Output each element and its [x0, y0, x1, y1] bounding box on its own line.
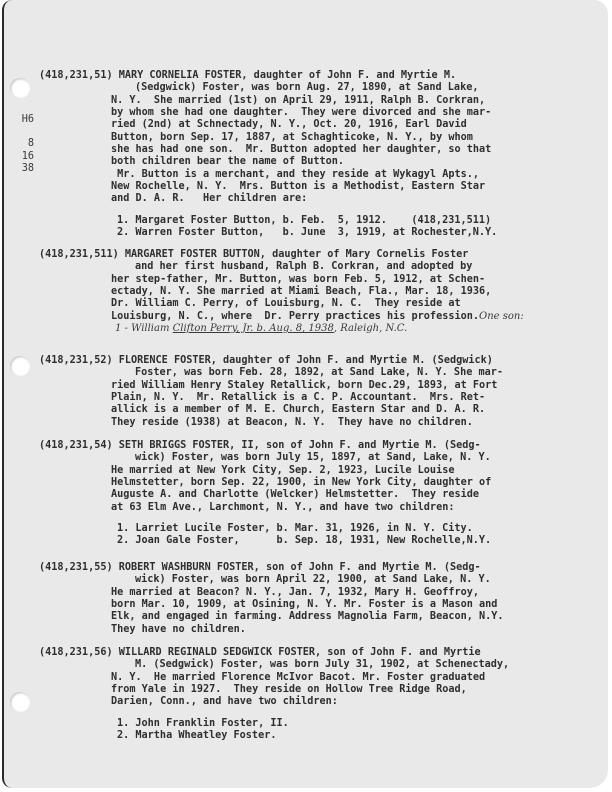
entry-first-line: (418,231,54) SETH BRIGGS FOSTER, II, son… — [39, 440, 599, 452]
margin-notes: H6 8 16 38 — [8, 114, 34, 176]
entry-text: FLORENCE FOSTER, daughter of John F. and… — [119, 355, 493, 366]
margin-note: 8 — [8, 138, 34, 150]
entry-first-line: (418,231,56) WILLARD REGINALD SEDGWICK F… — [39, 647, 599, 659]
entry-text: wick) Foster, was born July 15, 1897, at… — [39, 452, 599, 464]
document-page: H6 8 16 38 (418,231,51) MARY CORNELIA FO… — [2, 0, 608, 788]
entry-text: M. (Sedgwick) Foster, was born July 31, … — [39, 659, 599, 671]
child-item: 1. Larriet Lucile Foster, b. Mar. 31, 19… — [39, 523, 599, 535]
entry-text: Mr. Button is a merchant, and they resid… — [39, 169, 599, 181]
genealogy-entry: (418,231,56) WILLARD REGINALD SEDGWICK F… — [39, 647, 599, 742]
entry-first-line: (418,231,511) MARGARET FOSTER BUTTON, da… — [39, 249, 599, 261]
entry-text: Foster, was born Feb. 28, 1892, at Sand … — [39, 367, 599, 379]
entry-id: (418,231,51) — [39, 70, 113, 81]
handwritten-annotation: One son: — [479, 311, 524, 322]
entry-id: (418,231,54) — [39, 440, 113, 451]
entry-text: N. Y. She married (1st) on April 29, 191… — [39, 95, 599, 107]
entry-text: ROBERT WASHBURN FOSTER, son of John F. a… — [119, 562, 481, 573]
margin-note: H6 — [8, 114, 34, 126]
child-item: 2. Joan Gale Foster, b. Sep. 18, 1931, N… — [39, 535, 599, 547]
genealogy-entry: (418,231,54) SETH BRIGGS FOSTER, II, son… — [39, 440, 599, 548]
entry-id: (418,231,55) — [39, 562, 113, 573]
entry-id: (418,231,511) — [39, 249, 119, 260]
child-item: 2. Warren Foster Button, b. June 3, 1919… — [39, 227, 599, 239]
entry-text: They reside (1938) at Beacon, N. Y. They… — [39, 417, 599, 429]
child-item: 2. Martha Wheatley Foster. — [39, 730, 599, 742]
entry-text-last: Louisburg, N. C., where Dr. Perry practi… — [39, 311, 599, 323]
entry-text: and her first husband, Ralph B. Corkran,… — [39, 261, 599, 273]
entry-text: ried William Henry Staley Retallick, bor… — [39, 380, 599, 392]
children-list: 1. John Franklin Foster, II. 2. Martha W… — [39, 718, 599, 743]
entry-text: Darien, Conn., and have two children: — [39, 696, 599, 708]
entry-text: her step-father, Mr. Button, was born Fe… — [39, 274, 599, 286]
entry-text: allick is a member of M. E. Church, East… — [39, 404, 599, 416]
handwritten-text: , Raleigh, N.C. — [334, 323, 407, 334]
handwritten-underlined-text: Clifton Perry, Jr. b. Aug. 8, 1938 — [173, 323, 334, 334]
child-item: 1. Margaret Foster Button, b. Feb. 5, 19… — [39, 215, 599, 227]
entry-text: and D. A. R. Her children are: — [39, 193, 599, 205]
entry-text: both children bear the name of Button. — [39, 156, 599, 168]
children-list: 1. Margaret Foster Button, b. Feb. 5, 19… — [39, 215, 599, 240]
child-item: 1. John Franklin Foster, II. — [39, 718, 599, 730]
entry-text: at 63 Elm Ave., Larchmont, N. Y., and ha… — [39, 502, 599, 514]
entry-first-line: (418,231,52) FLORENCE FOSTER, daughter o… — [39, 355, 599, 367]
entry-text: He married at New York City, Sep. 2, 192… — [39, 465, 599, 477]
entry-text: she has had one son. Mr. Button adopted … — [39, 144, 599, 156]
entry-text: Helmstetter, born Sep. 22, 1900, in New … — [39, 477, 599, 489]
entry-text: Auguste A. and Charlotte (Welcker) Helms… — [39, 489, 599, 501]
entry-text: New Rochelle, N. Y. Mrs. Button is a Met… — [39, 181, 599, 193]
genealogy-entry: (418,231,51) MARY CORNELIA FOSTER, daugh… — [39, 70, 599, 239]
entry-text: Louisburg, N. C., where Dr. Perry practi… — [111, 311, 479, 322]
entry-text: (Sedgwick) Foster, was born Aug. 27, 189… — [39, 82, 599, 94]
entry-text: wick) Foster, was born April 22, 1900, a… — [39, 574, 599, 586]
entry-text: born Mar. 10, 1909, at Osining, N. Y. Mr… — [39, 599, 599, 611]
entry-text: Plain, N. Y. Mr. Retallick is a C. P. Ac… — [39, 392, 599, 404]
margin-note: 16 — [8, 151, 34, 163]
punch-hole — [10, 356, 30, 376]
entry-id: (418,231,56) — [39, 647, 113, 658]
entry-text: Elk, and engaged in farming. Address Mag… — [39, 611, 599, 623]
entry-text: WILLARD REGINALD SEDGWICK FOSTER, son of… — [119, 647, 481, 658]
genealogy-entry: (418,231,511) MARGARET FOSTER BUTTON, da… — [39, 249, 599, 335]
genealogy-entry: (418,231,52) FLORENCE FOSTER, daughter o… — [39, 355, 599, 429]
handwritten-text: 1 - William — [115, 323, 173, 334]
entry-text: N. Y. He married Florence McIvor Bacot. … — [39, 672, 599, 684]
entry-id: (418,231,52) — [39, 355, 113, 366]
entry-first-line: (418,231,51) MARY CORNELIA FOSTER, daugh… — [39, 70, 599, 82]
entry-text: SETH BRIGGS FOSTER, II, son of John F. a… — [119, 440, 481, 451]
entry-text: They have no children. — [39, 624, 599, 636]
punch-hole — [10, 692, 30, 712]
genealogy-entry: (418,231,55) ROBERT WASHBURN FOSTER, son… — [39, 562, 599, 636]
children-list: 1. Larriet Lucile Foster, b. Mar. 31, 19… — [39, 523, 599, 548]
punch-hole — [10, 78, 30, 98]
margin-note: 38 — [8, 163, 34, 175]
entry-text: by whom she had one daughter. They were … — [39, 107, 599, 119]
entry-text: Dr. William C. Perry, of Louisburg, N. C… — [39, 298, 599, 310]
entry-text: ectady, N. Y. She married at Miami Beach… — [39, 286, 599, 298]
entry-text: ried (2nd) at Schnectady, N. Y., Oct. 20… — [39, 119, 599, 131]
entry-first-line: (418,231,55) ROBERT WASHBURN FOSTER, son… — [39, 562, 599, 574]
entry-text: He married at Beacon? N. Y., Jan. 7, 193… — [39, 587, 599, 599]
handwritten-child-line: 1 - William Clifton Perry, Jr. b. Aug. 8… — [39, 323, 599, 335]
entry-text: Button, born Sep. 17, 1887, at Schaghtic… — [39, 132, 599, 144]
entry-text: from Yale in 1927. They reside on Hollow… — [39, 684, 599, 696]
entry-text: MARY CORNELIA FOSTER, daughter of John F… — [119, 70, 456, 81]
entry-text: MARGARET FOSTER BUTTON, daughter of Mary… — [125, 249, 468, 260]
